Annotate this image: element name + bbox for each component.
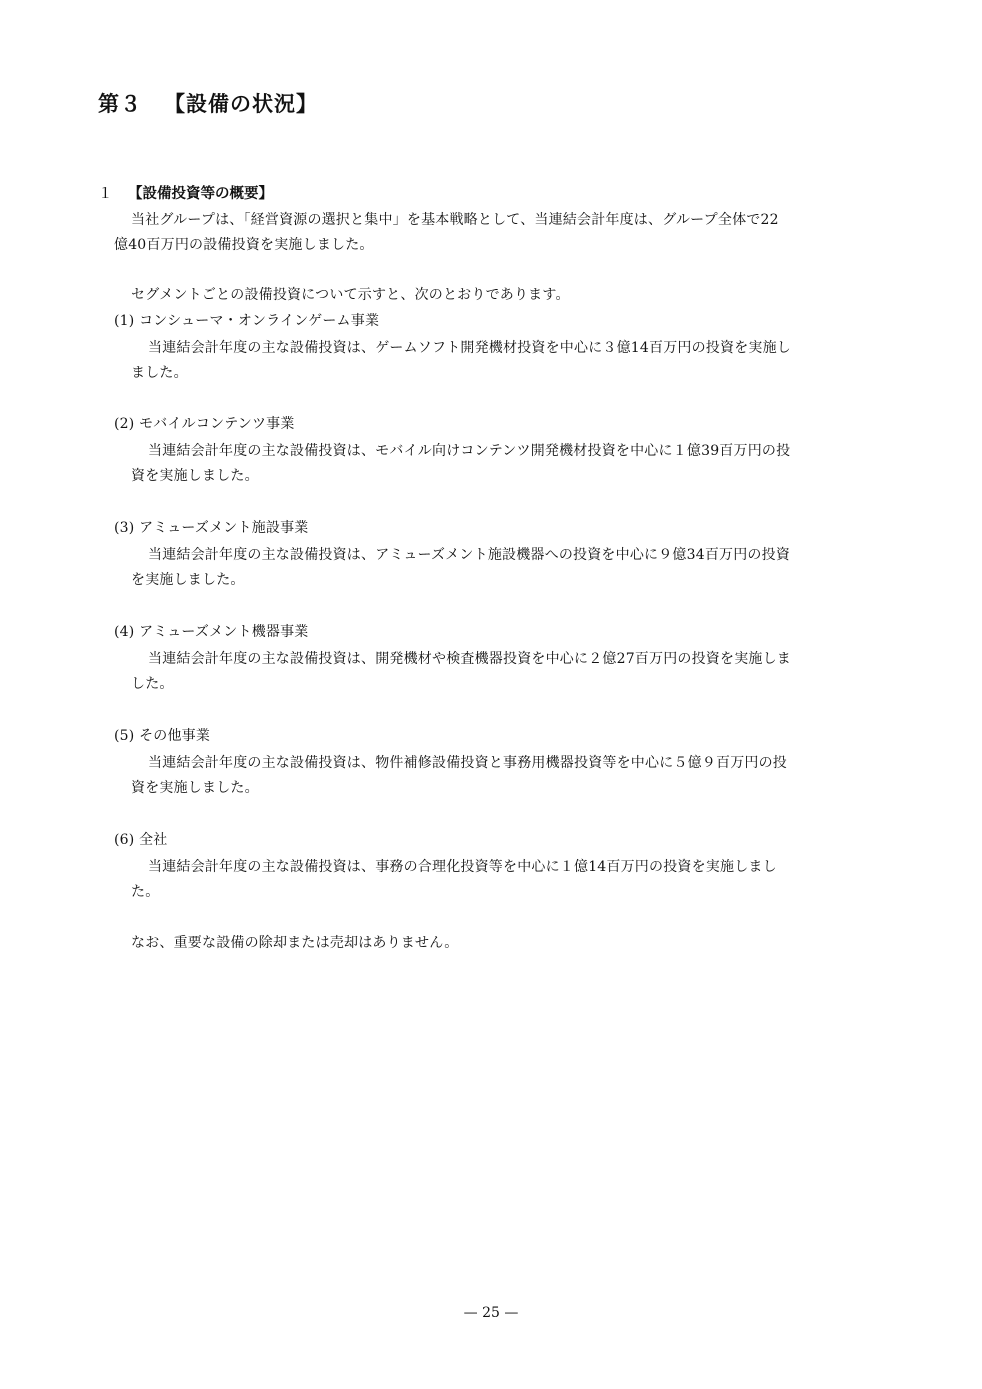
segment-heading-1: (1) コンシューマ・オンラインゲーム事業 bbox=[114, 310, 379, 332]
page-title: 第３【設備の状況】 bbox=[98, 88, 318, 118]
closing-note: なお、重要な設備の除却または売却はありません。 bbox=[131, 932, 458, 954]
segment-text-4a: 当連結会計年度の主な設備投資は、開発機材や検査機器投資を中心に２億27百万円の投… bbox=[148, 648, 791, 670]
segment-heading-2: (2) モバイルコンテンツ事業 bbox=[114, 413, 295, 435]
segment-text-3b: を実施しました。 bbox=[131, 569, 245, 591]
segment-text-4b: した。 bbox=[131, 673, 174, 695]
section-label: 【設備投資等の概要】 bbox=[128, 186, 273, 202]
segment-heading-3: (3) アミューズメント施設事業 bbox=[114, 517, 309, 539]
segment-text-3a: 当連結会計年度の主な設備投資は、アミューズメント施設機器への投資を中心に９億34… bbox=[148, 544, 790, 566]
segment-text-5b: 資を実施しました。 bbox=[131, 777, 259, 799]
segment-text-2b: 資を実施しました。 bbox=[131, 465, 259, 487]
intro-line-1: 当社グループは、「経営資源の選択と集中」を基本戦略として、当連結会計年度は、グル… bbox=[131, 209, 779, 231]
segment-text-1b: ました。 bbox=[131, 362, 188, 384]
segment-heading-4: (4) アミューズメント機器事業 bbox=[114, 621, 309, 643]
segment-heading-5: (5) その他事業 bbox=[114, 725, 210, 747]
segment-text-2a: 当連結会計年度の主な設備投資は、モバイル向けコンテンツ開発機材投資を中心に１億3… bbox=[148, 440, 790, 462]
segment-text-6a: 当連結会計年度の主な設備投資は、事務の合理化投資等を中心に１億14百万円の投資を… bbox=[148, 856, 777, 878]
segment-text-6b: た。 bbox=[131, 881, 159, 903]
chapter-label: 【設備の状況】 bbox=[164, 92, 318, 116]
section-heading: １【設備投資等の概要】 bbox=[98, 182, 273, 203]
section-number: １ bbox=[98, 182, 128, 203]
segments-lead: セグメントごとの設備投資について示すと、次のとおりであります。 bbox=[131, 284, 570, 306]
segment-text-5a: 当連結会計年度の主な設備投資は、物件補修設備投資と事務用機器投資等を中心に５億９… bbox=[148, 752, 787, 774]
intro-line-2: 億40百万円の設備投資を実施しました。 bbox=[114, 234, 374, 256]
segment-heading-6: (6) 全社 bbox=[114, 829, 167, 851]
chapter-number: 第３ bbox=[98, 92, 142, 116]
segment-text-1a: 当連結会計年度の主な設備投資は、ゲームソフト開発機材投資を中心に３億14百万円の… bbox=[148, 337, 791, 359]
page-number: — 25 — bbox=[0, 1305, 982, 1321]
